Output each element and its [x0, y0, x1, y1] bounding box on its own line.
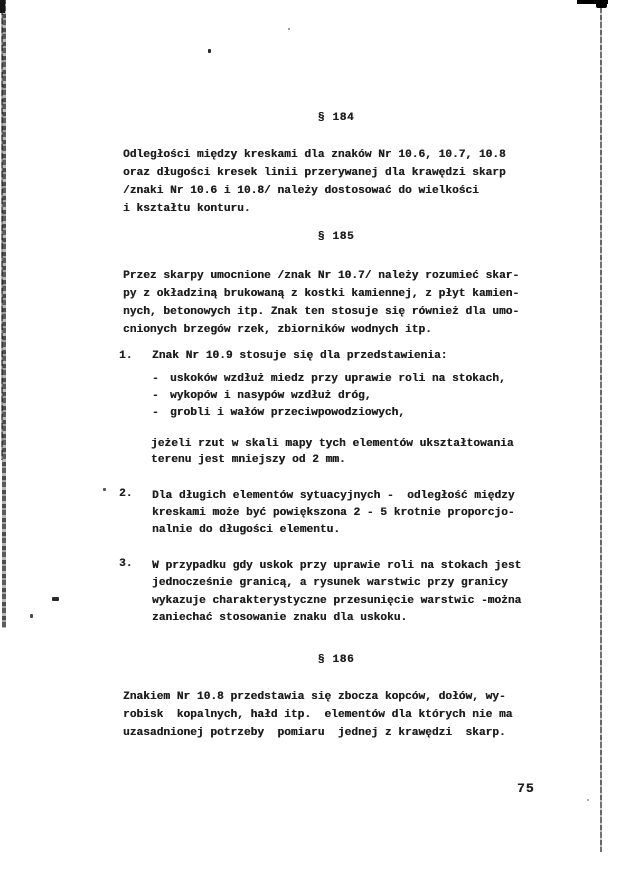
scan-artifact-top-right-blob: [596, 0, 607, 8]
list-item-line: Znak Nr 10.9 stosuje się dla przedstawie…: [152, 350, 447, 362]
paragraph-line: /znaki Nr 10.6 i 10.8/ należy dostosować…: [123, 182, 506, 200]
section-heading-185: § 185: [123, 231, 549, 243]
paragraph-186: Znakiem Nr 10.8 przedstawia się zbocza k…: [123, 688, 512, 742]
paragraph-line: i kształtu konturu.: [123, 200, 506, 218]
page-number: 75: [517, 781, 535, 796]
scan-artifact-left-edge-inner: [1, 0, 3, 460]
dash-bullet: -: [152, 373, 170, 390]
list-item-line: nalnie do długości elementu.: [152, 522, 515, 539]
sub-item: - grobli i wałów przeciwpowodziowych,: [152, 407, 506, 424]
ink-speck: [288, 28, 290, 30]
paragraph-184: Odległości między kreskami dla znaków Nr…: [123, 146, 506, 218]
list-item-line: kreskami może być powiększona 2 - 5 krot…: [152, 505, 515, 522]
paragraph-line: terenu jest mniejszy od 2 mm.: [151, 452, 514, 468]
list-item-line: Dla długich elementów sytuacyjnych - odl…: [152, 488, 515, 505]
sub-item: - wykopów i nasypów wzdłuż dróg,: [152, 390, 506, 407]
list-item-1-sub-items: - uskoków wzdłuż miedz przy uprawie roli…: [152, 373, 506, 424]
list-item-1: 1. Znak Nr 10.9 stosuje się dla przedsta…: [119, 350, 447, 362]
scan-artifact-right-edge: [600, 0, 602, 852]
list-item-line: wykazuje charakterystyczne przesunięcie …: [152, 593, 521, 610]
list-number: 2.: [119, 488, 152, 500]
ink-speck: [208, 49, 211, 53]
section-heading-186: § 186: [123, 654, 549, 666]
paragraph-line: nych, betonowych itp. Znak ten stosuje s…: [123, 303, 519, 321]
paragraph-line: robisk kopalnych, hałd itp. elementów dl…: [123, 706, 512, 724]
paragraph-185: Przez skarpy umocnione /znak Nr 10.7/ na…: [123, 267, 519, 339]
paragraph-line: py z okładziną brukowaną z kostki kamien…: [123, 285, 519, 303]
paragraph-line: jeżeli rzut w skali mapy tych elementów …: [151, 436, 514, 452]
list-item-line: W przypadku gdy uskok przy uprawie roli …: [152, 558, 521, 575]
section-heading-184: § 184: [123, 112, 549, 124]
paragraph-line: cnionych brzegów rzek, zbiorników wodnyc…: [123, 321, 519, 339]
sub-item: - uskoków wzdłuż miedz przy uprawie roli…: [152, 373, 506, 390]
paragraph-line: Przez skarpy umocnione /znak Nr 10.7/ na…: [123, 267, 519, 285]
ink-speck: [103, 488, 106, 491]
ink-speck: [52, 597, 59, 601]
dash-bullet: -: [152, 407, 170, 424]
ink-speck: [30, 614, 33, 618]
paragraph-line: Odległości między kreskami dla znaków Nr…: [123, 146, 506, 164]
scanned-document-page: § 184 Odległości między kreskami dla zna…: [0, 0, 633, 894]
sub-item-text: wykopów i nasypów wzdłuż dróg,: [170, 390, 371, 407]
list-number: 3.: [119, 558, 152, 570]
list-item-line: zaniechać stosowanie znaku dla uskoku.: [152, 610, 521, 627]
list-item-line: jednocześnie granicą, a rysunek warstwic…: [152, 575, 521, 592]
scan-artifact-top-left-blob: [0, 0, 5, 13]
paragraph-line: uzasadnionej potrzeby pomiaru jednej z k…: [123, 724, 512, 742]
list-item-2: 2. Dla długich elementów sytuacyjnych - …: [119, 488, 515, 539]
sub-item-text: uskoków wzdłuż miedz przy uprawie roli n…: [170, 373, 506, 390]
dash-bullet: -: [152, 390, 170, 407]
list-item-1-continuation: jeżeli rzut w skali mapy tych elementów …: [151, 436, 514, 468]
sub-item-text: grobli i wałów przeciwpowodziowych,: [170, 407, 405, 424]
paragraph-line: oraz długości kresek linii przerywanej d…: [123, 164, 506, 182]
ink-speck: [587, 799, 589, 801]
list-number: 1.: [119, 350, 152, 362]
list-item-3: 3. W przypadku gdy uskok przy uprawie ro…: [119, 558, 521, 627]
paragraph-line: Znakiem Nr 10.8 przedstawia się zbocza k…: [123, 688, 512, 706]
